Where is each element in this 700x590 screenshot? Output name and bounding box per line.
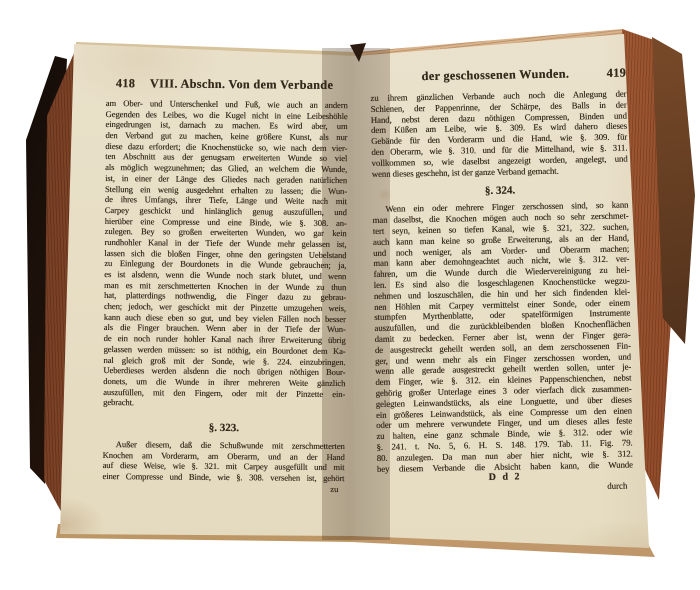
left-body-paragraph: am Ober- und Unterschenkel und Fuß, wie … <box>103 98 348 399</box>
right-body-paragraph: zu ihrem gänzlichen Verbande auch noch d… <box>370 89 627 169</box>
left-section-paragraph: Außer diesem, daß die Schußwunde mit zer… <box>102 439 344 484</box>
right-page-text: der geschossenen Wunden. 419 zu ihrem gä… <box>370 66 633 496</box>
text-line: einer Compresse und Binde, wie §. 308. v… <box>102 471 344 484</box>
section-heading: §. 323. <box>103 421 345 435</box>
left-page-text: 418 VIII. Abschn. Von dem Verbande am Ob… <box>102 76 348 494</box>
section-heading: §. 324. <box>372 183 628 199</box>
right-section-paragraph: Wenn ein oder mehrere Finger zerschossen… <box>372 200 633 474</box>
photo-background: 418 VIII. Abschn. Von dem Verbande am Ob… <box>0 0 700 590</box>
page-number: 419 <box>607 66 627 81</box>
left-running-head: 418 VIII. Abschn. Von dem Verbande <box>106 76 348 93</box>
page-number: 418 <box>116 76 135 91</box>
catchword: zu <box>102 482 344 495</box>
running-title: der geschossenen Wunden. <box>370 66 607 85</box>
running-title: VIII. Abschn. Von dem Verbande <box>135 76 348 93</box>
right-running-head: der geschossenen Wunden. 419 <box>370 66 626 85</box>
left-body-last-line: gebracht. <box>103 397 345 410</box>
